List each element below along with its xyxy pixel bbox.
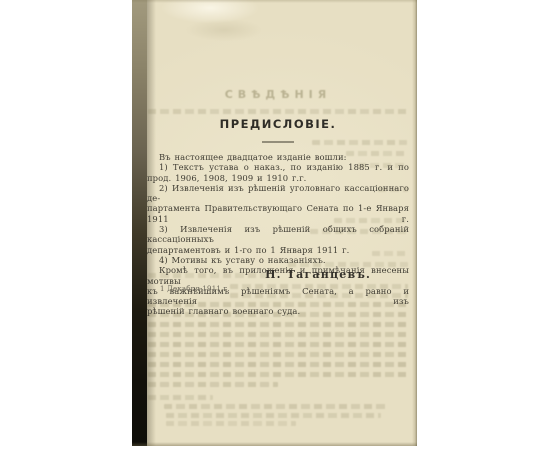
text-line: рѣшеній главнаго военнаго суда. xyxy=(147,306,409,316)
bleed-through-line xyxy=(148,395,213,400)
bleed-through-line xyxy=(148,332,408,337)
bleed-through-line xyxy=(166,421,296,426)
title-divider xyxy=(262,141,294,143)
bleed-through-line xyxy=(148,382,278,387)
page-bottom-edge xyxy=(132,442,417,446)
bleed-through-line xyxy=(164,404,389,409)
page-title: ПРЕДИСЛОВІЕ. xyxy=(147,117,409,131)
book-page-photo-canvas: СВѢДѢНІЯ ПРЕДИСЛОВІЕ. Въ настоящее двадц… xyxy=(0,0,550,450)
scanned-page: СВѢДѢНІЯ ПРЕДИСЛОВІЕ. Въ настоящее двадц… xyxy=(132,0,417,446)
bleed-through-line xyxy=(148,362,408,367)
bleed-through-line xyxy=(148,352,408,357)
text-line: 2) Извлеченія изъ рѣшеній уголовнаго кас… xyxy=(147,183,409,204)
bleed-through-heading: СВѢДѢНІЯ xyxy=(147,88,409,101)
bleed-through-line xyxy=(166,413,381,418)
bleed-through-line xyxy=(148,342,408,347)
text-line: прод. 1906, 1908, 1909 и 1910 г.г. xyxy=(147,173,409,183)
bleed-through-line xyxy=(148,109,408,114)
text-line: департаментовъ и 1-го по 1 Января 1911 г… xyxy=(147,245,409,255)
text-line: 3) Извлеченія изъ рѣшеній общихъ собрані… xyxy=(147,224,409,245)
book-gutter-shadow xyxy=(132,0,147,446)
bleed-through-line xyxy=(148,322,408,327)
dateline: 1 Декабря 1911 г. xyxy=(160,285,230,293)
text-line: 1) Текстъ устава о наказ., по изданію 18… xyxy=(147,162,409,172)
bleed-through-line xyxy=(148,372,408,377)
author-signature: Н. Таганцевъ. xyxy=(147,268,409,281)
page-top-edge xyxy=(132,0,417,3)
text-line: Въ настоящее двадцатое изданіе вошли: xyxy=(147,152,409,162)
bleed-through-line xyxy=(312,140,407,145)
text-line: 4) Мотивы къ уставу о наказаніяхъ. xyxy=(147,255,409,265)
text-line: партамента Правительствующаго Сената по … xyxy=(147,203,409,224)
